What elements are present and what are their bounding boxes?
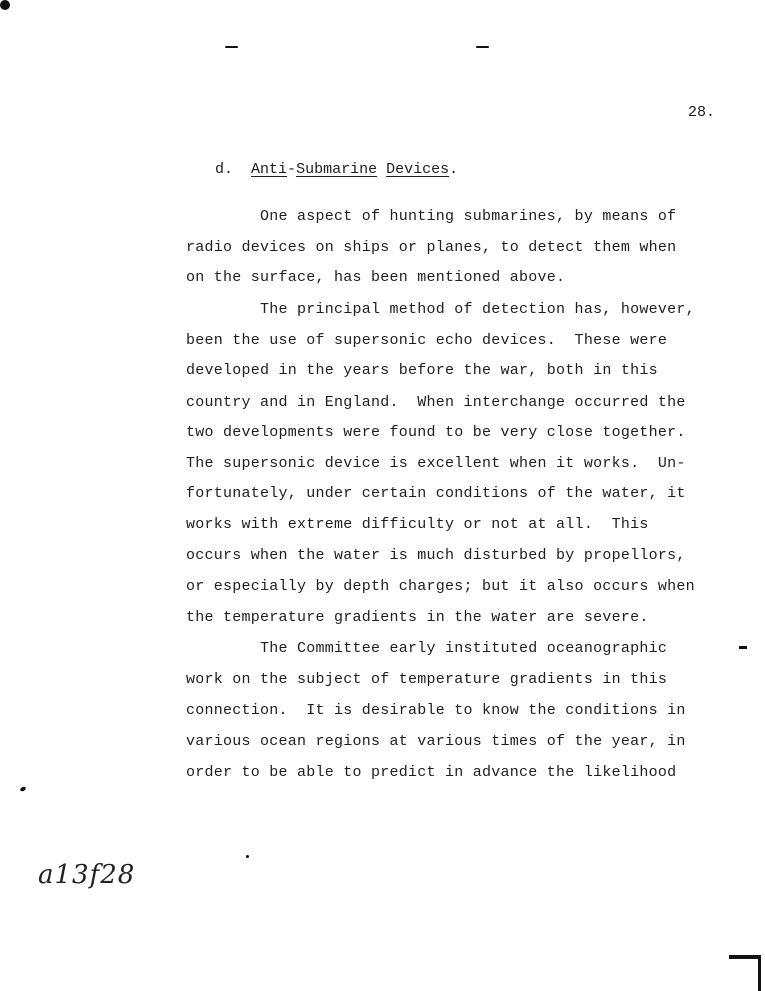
text-line: or especially by depth charges; but it a… — [186, 578, 695, 595]
text-line: various ocean regions at various times o… — [186, 733, 686, 750]
staple-mark-left — [225, 46, 238, 48]
handwritten-archive-note: a13f28 — [38, 860, 135, 890]
heading-part-submarine: Submarine — [296, 161, 377, 178]
text-line: The Committee early instituted oceanogra… — [186, 640, 667, 657]
text-line: on the surface, has been mentioned above… — [186, 269, 565, 286]
page-number: 28. — [688, 104, 715, 121]
heading-period: . — [449, 161, 458, 178]
heading-part-anti: Anti — [251, 161, 287, 178]
text-line: works with extreme difficulty or not at … — [186, 516, 649, 533]
ink-speck — [739, 646, 747, 649]
ink-speck — [246, 855, 249, 858]
heading-space — [377, 161, 386, 178]
text-line: work on the subject of temperature gradi… — [186, 671, 667, 688]
text-line: been the use of supersonic echo devices.… — [186, 332, 667, 349]
text-line: developed in the years before the war, b… — [186, 362, 658, 379]
binder-hole-mark — [0, 0, 10, 10]
page-corner-mark — [729, 955, 761, 991]
text-line: order to be able to predict in advance t… — [186, 764, 676, 781]
text-line: One aspect of hunting submarines, by mea… — [186, 208, 676, 225]
section-letter: d. — [215, 161, 233, 178]
text-line: fortunately, under certain conditions of… — [186, 485, 686, 502]
text-line: occurs when the water is much disturbed … — [186, 547, 686, 564]
text-line: two developments were found to be very c… — [186, 424, 686, 441]
heading-dash: - — [287, 161, 296, 178]
section-heading: d. Anti-Submarine Devices. — [215, 161, 458, 178]
text-line: country and in England. When interchange… — [186, 394, 686, 411]
staple-mark-right — [476, 46, 489, 48]
ink-speck — [19, 786, 26, 792]
text-line: The supersonic device is excellent when … — [186, 455, 686, 472]
text-line: connection. It is desirable to know the … — [186, 702, 686, 719]
text-line: radio devices on ships or planes, to det… — [186, 239, 676, 256]
text-line: the temperature gradients in the water a… — [186, 609, 649, 626]
text-line: The principal method of detection has, h… — [186, 301, 695, 318]
heading-part-devices: Devices — [386, 161, 449, 178]
